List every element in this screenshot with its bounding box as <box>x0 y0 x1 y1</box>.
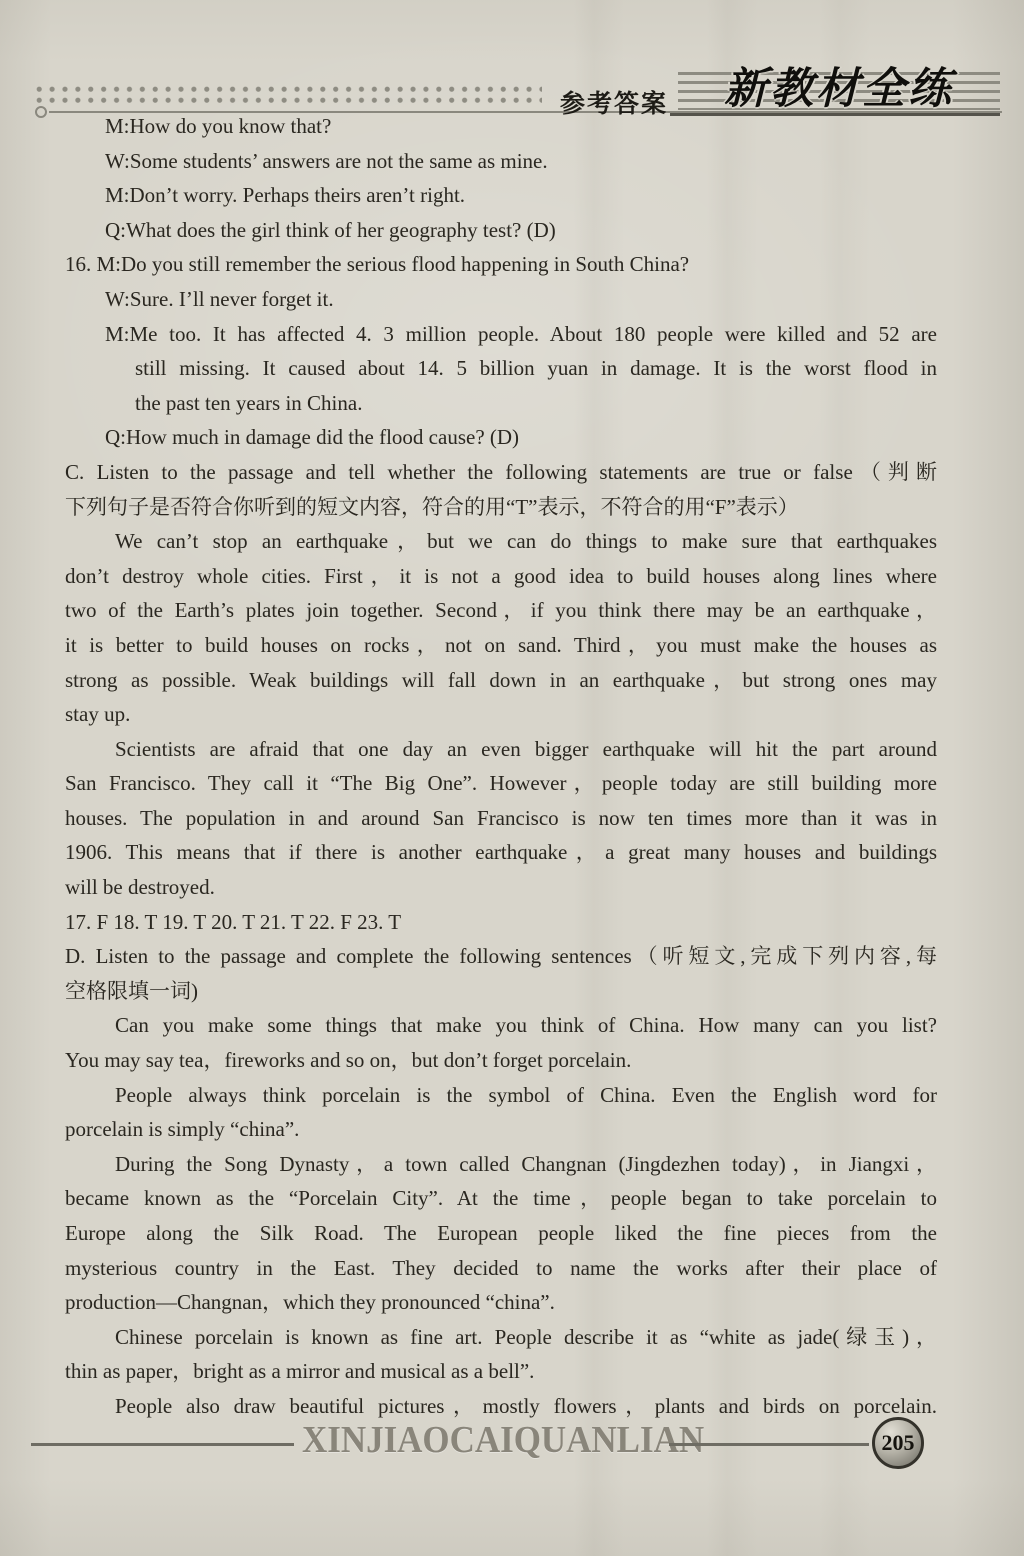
text-line: mysterious country in the East. They dec… <box>65 1251 937 1286</box>
text-line: porcelain is simply “china”. <box>65 1112 937 1147</box>
text-line: M:Don’t worry. Perhaps theirs aren’t rig… <box>65 178 937 213</box>
text-line: 空格限填一词) <box>65 974 937 1009</box>
text-line: Can you make some things that make you t… <box>65 1008 937 1043</box>
footer-rule-right <box>669 1443 869 1446</box>
text-line: thin as paper，bright as a mirror and mus… <box>65 1354 937 1389</box>
text-line: the past ten years in China. <box>65 386 937 421</box>
footer-rule-left <box>31 1443 294 1446</box>
text-line: houses. The population in and around San… <box>65 801 937 836</box>
text-line: M:Me too. It has affected 4. 3 million p… <box>65 317 937 352</box>
text-line: don’t destroy whole cities. First，it is … <box>65 559 937 594</box>
text-line: stay up. <box>65 697 937 732</box>
text-line: became known as the “Porcelain City”. At… <box>65 1181 937 1216</box>
text-line: 下列句子是否符合你听到的短文内容，符合的用“T”表示，不符合的用“F”表示） <box>65 490 937 525</box>
answer-key-text-block: M:How do you know that? W:Some students’… <box>65 109 937 1424</box>
page-number-badge: 205 <box>872 1417 924 1469</box>
brand-logo-text: 新教材全练 <box>678 66 1000 114</box>
text-line: D. Listen to the passage and complete th… <box>65 939 937 974</box>
header-dots-decoration <box>36 86 542 107</box>
answers-true-false-line: 17. F 18. T 19. T 20. T 21. T 22. F 23. … <box>65 905 937 940</box>
text-line: During the Song Dynasty，a town called Ch… <box>65 1147 937 1182</box>
text-line: Q:What does the girl think of her geogra… <box>65 213 937 248</box>
text-line: You may say tea，fireworks and so on，but … <box>65 1043 937 1078</box>
text-line: Europe along the Silk Road. The European… <box>65 1216 937 1251</box>
text-line: San Francisco. They call it “The Big One… <box>65 766 937 801</box>
text-line: strong as possible. Weak buildings will … <box>65 663 937 698</box>
text-line: Q:How much in damage did the flood cause… <box>65 420 937 455</box>
text-line: will be destroyed. <box>65 870 937 905</box>
text-line: W:Sure. I’ll never forget it. <box>65 282 937 317</box>
page-number: 205 <box>882 1430 915 1456</box>
text-line: Chinese porcelain is known as fine art. … <box>65 1320 937 1355</box>
text-line: 1906. This means that if there is anothe… <box>65 835 937 870</box>
text-line: We can’t stop an earthquake，but we can d… <box>65 524 937 559</box>
scanned-workbook-page: 参考答案 新教材全练 M:How do you know that? W:Som… <box>0 0 1024 1556</box>
text-line: 16. M:Do you still remember the serious … <box>65 247 937 282</box>
footer-brand-romanized: XINJIAOCAIQUANLIAN <box>302 1419 633 1461</box>
text-line: M:How do you know that? <box>65 109 937 144</box>
text-line: production—Changnan，which they pronounce… <box>65 1285 937 1320</box>
text-line: it is better to build houses on rocks，no… <box>65 628 937 663</box>
text-line: still missing. It caused about 14. 5 bil… <box>65 351 937 386</box>
text-line: W:Some students’ answers are not the sam… <box>65 144 937 179</box>
header-rule-end-circle <box>35 106 47 118</box>
text-line: C. Listen to the passage and tell whethe… <box>65 455 937 490</box>
text-line: People always think porcelain is the sym… <box>65 1078 937 1113</box>
text-line: two of the Earth’s plates join together.… <box>65 593 937 628</box>
text-line: Scientists are afraid that one day an ev… <box>65 732 937 767</box>
